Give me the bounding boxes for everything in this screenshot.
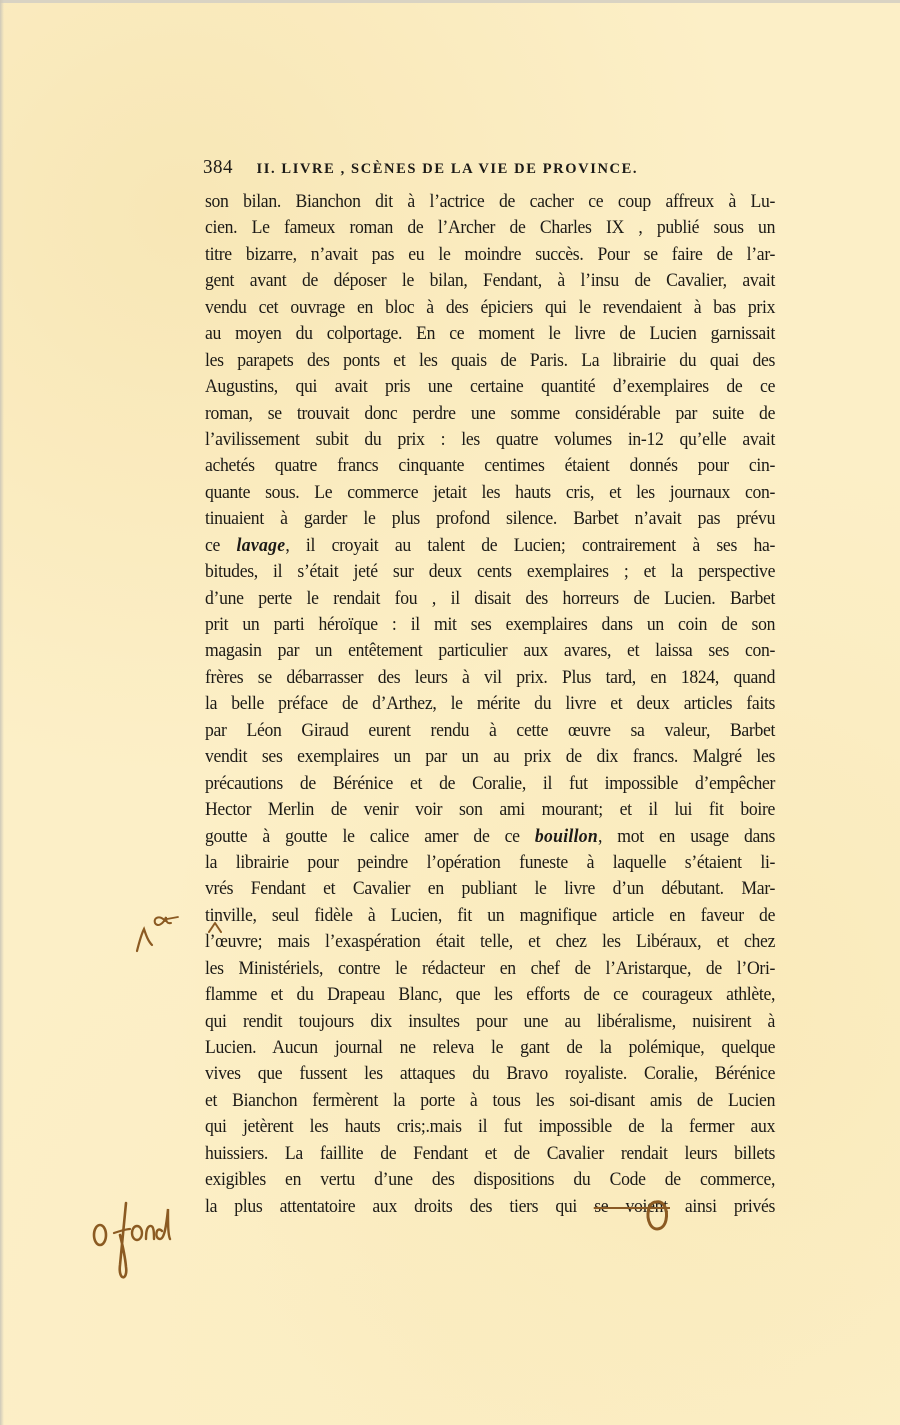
scan-edge-left — [0, 0, 4, 1425]
text-line: la belle préface de d’Arthez, le mérite … — [205, 691, 775, 717]
text-line: gent avant de déposer le bilan, Fendant,… — [205, 268, 775, 294]
scan-edge-top — [0, 0, 900, 3]
text-line: la plus attentatoire aux droits des tier… — [205, 1194, 775, 1220]
text-line: bitudes, il s’était jeté sur deux cents … — [205, 559, 775, 585]
text-line: tinville, seul fidèle à Lucien, fit un m… — [205, 903, 775, 929]
text-line: cien. Le fameux roman de l’Archer de Cha… — [205, 215, 775, 241]
text-line: vrés Fendant et Cavalier en publiant le … — [205, 876, 775, 902]
text-line: par Léon Giraud eurent rendu à cette œuv… — [205, 718, 775, 744]
text-line: roman, se trouvait donc perdre une somme… — [205, 401, 775, 427]
margin-note-o-font-icon — [90, 1195, 185, 1285]
text-line: huissiers. La faillite de Fendant et de … — [205, 1141, 775, 1167]
text-line: qui rendit toujours dix insultes pour un… — [205, 1009, 775, 1035]
text-line: vendit ses exemplaires un par un au prix… — [205, 744, 775, 770]
text-line: l’avilissement subit du prix : les quatr… — [205, 427, 775, 453]
text-line: magasin par un entêtement particulier au… — [205, 638, 775, 664]
delete-mark-icon — [642, 1198, 672, 1234]
text-line: les parapets des ponts et les quais de P… — [205, 348, 775, 374]
page-number: 384 — [203, 156, 233, 179]
text-line: quante sous. Le commerce jetait les haut… — [205, 480, 775, 506]
text-run: , il croyait au talent de Lucien; contra… — [285, 535, 775, 556]
text-line: la librairie pour peindre l’opération fu… — [205, 850, 775, 876]
text-line: titre bizarre, n’avait pas eu le moindre… — [205, 242, 775, 268]
text-line: Hector Merlin de venir voir son ami mour… — [205, 797, 775, 823]
text-line: exigibles en vertu d’une des disposition… — [205, 1167, 775, 1193]
text-line: Lucien. Aucun journal ne releva le gant … — [205, 1035, 775, 1061]
text-line: ce lavage, il croyait au talent de Lucie… — [205, 533, 775, 559]
text-line: son bilan. Bianchon dit à l’actrice de c… — [205, 189, 775, 215]
text-line: et Bianchon fermèrent la porte à tous le… — [205, 1088, 775, 1114]
text-line: prit un parti héroïque : il mit ses exem… — [205, 612, 775, 638]
text-run: goutte à goutte le calice amer de ce — [205, 826, 535, 847]
text-line: Augustins, qui avait pris une certaine q… — [205, 374, 775, 400]
text-run: ainsi privés — [668, 1196, 775, 1217]
running-head: II. LIVRE , SCÈNES DE LA VIE DE PROVINCE… — [257, 161, 639, 178]
page-header: 384 II. LIVRE , SCÈNES DE LA VIE DE PROV… — [203, 156, 775, 182]
body-text: son bilan. Bianchon dit à l’actrice de c… — [205, 189, 775, 1220]
text-line: achetés quatre francs cinquante centimes… — [205, 453, 775, 479]
text-line: qui jetèrent les hauts cris;.mais il fut… — [205, 1114, 775, 1140]
text-line: tinuaient à garder le plus profond silen… — [205, 506, 775, 532]
text-line: goutte à goutte le calice amer de ce bou… — [205, 824, 775, 850]
italic-term: bouillon — [535, 826, 598, 847]
italic-term: lavage — [237, 535, 286, 556]
insertion-caret-icon — [208, 921, 222, 933]
text-line: précautions de Bérénice et de Coralie, i… — [205, 771, 775, 797]
text-line: l’œuvre; mais l’exaspération était telle… — [205, 929, 775, 955]
text-line: flamme et du Drapeau Blanc, que les effo… — [205, 982, 775, 1008]
text-line: les Ministériels, contre le rédacteur en… — [205, 956, 775, 982]
text-line: au moyen du colportage. En ce moment le … — [205, 321, 775, 347]
text-line: vives que fussent les attaques du Bravo … — [205, 1061, 775, 1087]
text-line: d’une perte le rendait fou , il disait d… — [205, 586, 775, 612]
text-run: la plus attentatoire aux droits des tier… — [205, 1196, 594, 1217]
margin-insert-mark-icon — [133, 905, 203, 955]
text-line: frères se débarrasser des leurs à vil pr… — [205, 665, 775, 691]
text-run: , mot en usage dans — [598, 826, 775, 847]
text-run: ce — [205, 535, 237, 556]
text-line: vendu cet ouvrage en bloc à des épiciers… — [205, 295, 775, 321]
